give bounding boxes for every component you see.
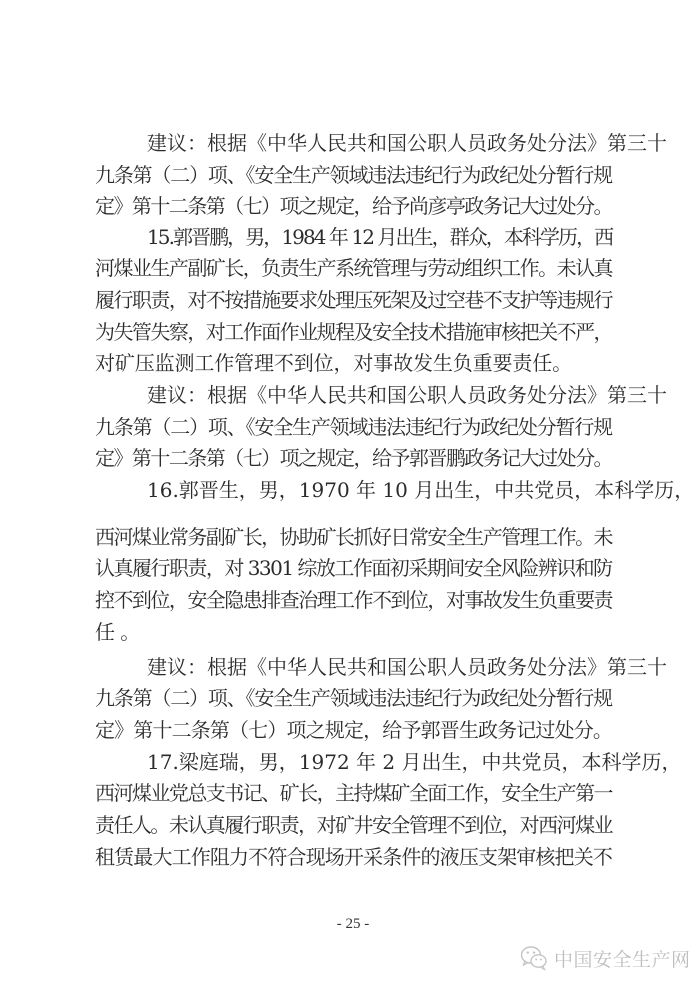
text-line: 15.郭晋鹏，男，1984 年 12 月出生，群众，本科学历，西 bbox=[147, 222, 667, 252]
text-line: 为失管失察，对工作面作业规程及安全技术措施审核把关不严， bbox=[95, 317, 615, 347]
text-line: 16.郭晋生，男，1970 年 10 月出生，中共党员，本科学历， bbox=[147, 475, 667, 505]
text-line: 控不到位，安全隐患排查治理工作不到位，对事故发生负重要责 bbox=[95, 585, 615, 615]
text-line: 九条第（二）项、《安全生产领域违法违纪行为政纪处分暂行规 bbox=[95, 412, 615, 442]
wechat-icon bbox=[520, 945, 548, 971]
text-line: 九条第（二）项、《安全生产领域违法违纪行为政纪处分暂行规 bbox=[95, 160, 615, 190]
watermark-text: 中国安全生产网 bbox=[554, 945, 691, 972]
text-line: 建议：根据《中华人民共和国公职人员政务处分法》第三十 bbox=[147, 652, 667, 682]
text-line: 西河煤业常务副矿长，协助矿长抓好日常安全生产管理工作。未 bbox=[95, 522, 615, 552]
text-line: 履行职责，对不按措施要求处理压死架及过空巷不支护等违规行 bbox=[95, 285, 615, 315]
text-line: 任。 bbox=[95, 617, 615, 647]
text-line: 对矿压监测工作管理不到位，对事故发生负重要责任。 bbox=[95, 348, 615, 378]
text-line: 认真履行职责，对 3301 综放工作面初采期间安全风险辨识和防 bbox=[95, 553, 615, 583]
text-line: 17.梁庭瑞，男，1972 年 2 月出生，中共党员，本科学历， bbox=[147, 747, 667, 777]
text-line: 河煤业生产副矿长，负责生产系统管理与劳动组织工作。未认真 bbox=[95, 253, 615, 283]
text-line: 租赁最大工作阻力不符合现场开采条件的液压支架审核把关不 bbox=[95, 842, 615, 872]
text-line: 建议：根据《中华人民共和国公职人员政务处分法》第三十 bbox=[147, 380, 667, 410]
text-line: 建议：根据《中华人民共和国公职人员政务处分法》第三十 bbox=[147, 128, 667, 158]
watermark: 中国安全生产网 bbox=[520, 945, 691, 971]
text-line: 定》第十二条第（七）项之规定，给予郭晋生政务记过处分。 bbox=[95, 715, 615, 745]
text-line: 西河煤业党总支书记、矿长，主持煤矿全面工作，安全生产第一 bbox=[95, 778, 615, 808]
text-line: 责任人。未认真履行职责，对矿井安全管理不到位，对西河煤业 bbox=[95, 810, 615, 840]
page-number: - 25 - bbox=[0, 916, 700, 933]
text-line: 定》第十二条第（七）项之规定，给予郭晋鹏政务记大过处分。 bbox=[95, 443, 615, 473]
document-page: 建议：根据《中华人民共和国公职人员政务处分法》第三十九条第（二）项、《安全生产领… bbox=[0, 0, 700, 990]
text-line: 定》第十二条第（七）项之规定，给予尚彦亭政务记大过处分。 bbox=[95, 191, 615, 221]
text-line: 九条第（二）项、《安全生产领域违法违纪行为政纪处分暂行规 bbox=[95, 683, 615, 713]
